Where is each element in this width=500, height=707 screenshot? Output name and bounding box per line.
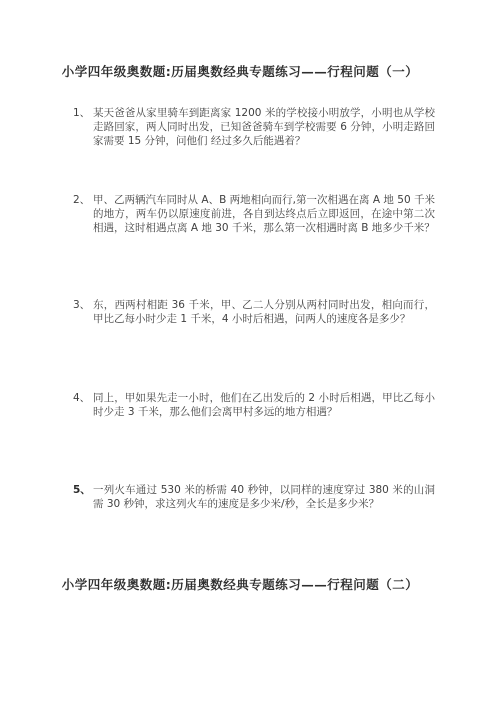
problem-1-number: 1、 (73, 106, 93, 120)
problem-5-number: 5、 (73, 483, 93, 497)
worksheet-title-part2: 小学四年级奥数题:历届奥数经典专题练习——行程问题（二） (40, 575, 440, 593)
problem-3-text: 东，西两村相距 36 千米，甲、乙二人分别从两村同时出发，相向而行，甲比乙每小时… (93, 298, 435, 326)
problem-5: 5、 一列火车通过 530 米的桥需 40 秒钟，以同样的速度穿过 380 米的… (73, 483, 435, 511)
problem-1-text: 某天爸爸从家里骑车到距离家 1200 米的学校接小明放学，小明也从学校走路回家，… (93, 106, 435, 148)
problem-2-number: 2、 (73, 193, 93, 207)
problem-3: 3、 东，西两村相距 36 千米，甲、乙二人分别从两村同时出发，相向而行，甲比乙… (73, 298, 435, 326)
problem-4-text: 同上，甲如果先走一小时，他们在乙出发后的 2 小时后相遇，甲比乙每小时少走 3 … (93, 391, 435, 419)
problem-3-number: 3、 (73, 298, 93, 312)
problem-5-text: 一列火车通过 530 米的桥需 40 秒钟，以同样的速度穿过 380 米的山洞需… (93, 483, 435, 511)
problem-4-number: 4、 (73, 391, 93, 405)
problem-1: 1、 某天爸爸从家里骑车到距离家 1200 米的学校接小明放学，小明也从学校走路… (73, 106, 435, 148)
problem-2: 2、 甲、乙两辆汽车同时从 A、B 两地相向而行,第一次相遇在离 A 地 50 … (73, 193, 435, 235)
problem-2-text: 甲、乙两辆汽车同时从 A、B 两地相向而行,第一次相遇在离 A 地 50 千米的… (93, 193, 435, 235)
worksheet-title-part1: 小学四年级奥数题:历届奥数经典专题练习——行程问题（一） (40, 62, 440, 80)
problem-4: 4、 同上，甲如果先走一小时，他们在乙出发后的 2 小时后相遇，甲比乙每小时少走… (73, 391, 435, 419)
document-page: 小学四年级奥数题:历届奥数经典专题练习——行程问题（一） 1、 某天爸爸从家里骑… (0, 0, 500, 707)
